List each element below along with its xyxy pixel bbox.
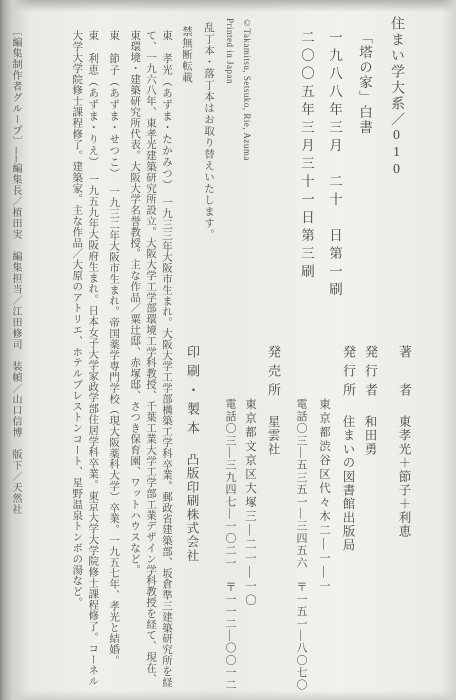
bio-text: 一九三二年大阪市生まれ。帝国薬学専門学校（現大阪薬科大学）卒業。一九五七年、孝光… [108,186,119,666]
bio-name: 東 節子（あずま・せつこ） [108,30,119,180]
current-printing-date: 二〇〇五年三月三十一日第三刷 [296,30,316,282]
publisher-name: 住まいの図書館出版局 [341,415,355,552]
first-printing-date: 一九八八年三月 二十 日第一刷 [324,30,344,300]
distributor-label: 発売所 [266,345,281,402]
publisher-row: 発行所住まいの図書館出版局 [339,345,358,552]
distributor-name: 星雲社 [266,415,280,456]
publisher-person-label: 発行者 [363,345,378,402]
printed-in-japan: Printed in Japan [225,18,235,84]
publisher-phone: 電話〇三―五三五一―三四五六 〒一五一―八〇七〇 [293,398,309,691]
series-title: 住まい学大系／010 [386,16,406,179]
printer-label: 印刷・製本 [185,345,200,440]
printer-name: 凸版印刷株式会社 [185,453,199,563]
publisher-person-row: 発行者和田勇 [361,345,380,456]
editorial-credits: 〔編集制作者グループ〕──編集長／植田実 編集担当／江田修司 装幀／山口信博 版… [8,26,23,515]
copyright-notice: ©Takamitsu, Setsuko, Rie, Azuma [242,18,252,161]
distributor-row: 発売所星雲社 [264,345,283,456]
page-top-shadow [0,0,456,12]
author-row: 著 者東孝光＋節子＋利恵 [395,345,414,538]
printer-row: 印刷・製本凸版印刷株式会社 [183,345,202,563]
publisher-person-name: 和田勇 [363,415,377,456]
bio-name: 東 孝光（あずま・たかみつ） [161,30,172,191]
author-label: 著 者 [397,345,412,402]
bio-azuma-takamitsu: 東 孝光（あずま・たかみつ）一九三三年大阪市生まれ。大阪大学工学部構築工学科卒業… [126,30,174,694]
no-reproduction-notice: 禁無断転載 [179,26,194,84]
returns-notice: 乱丁本・落丁本はお取り替えいたします。 [201,22,216,241]
distributor-address: 東京都文京区大塚三―二一―一〇 [242,398,258,608]
publisher-address: 東京都渋谷区代々木二―一―一 [316,398,332,594]
page-right-shadow [442,0,456,700]
bio-azuma-rie: 東 利恵（あずま・りえ）一九五九年大阪府生まれ。日本女子大学家政学部住居学科卒業… [68,30,100,694]
author-bios: 東 孝光（あずま・たかみつ）一九三三年大阪市生まれ。大阪大学工学部構築工学科卒業… [24,30,174,694]
bio-azuma-setsuko: 東 節子（あずま・せつこ）一九三二年大阪市生まれ。帝国薬学専門学校（現大阪薬科大… [105,30,121,694]
book-colophon-page: 住まい学大系／010 「塔の家」白書 一九八八年三月 二十 日第一刷 二〇〇五年… [0,0,456,700]
book-title: 「塔の家」白書 [354,30,374,135]
distributor-phone: 電話〇三―三九四七―一〇二一 〒一一二―〇〇一二 [222,398,238,691]
author-name: 東孝光＋節子＋利恵 [397,415,411,538]
bio-name: 東 利恵（あずま・りえ） [87,30,98,168]
publisher-label: 発行所 [341,345,356,402]
